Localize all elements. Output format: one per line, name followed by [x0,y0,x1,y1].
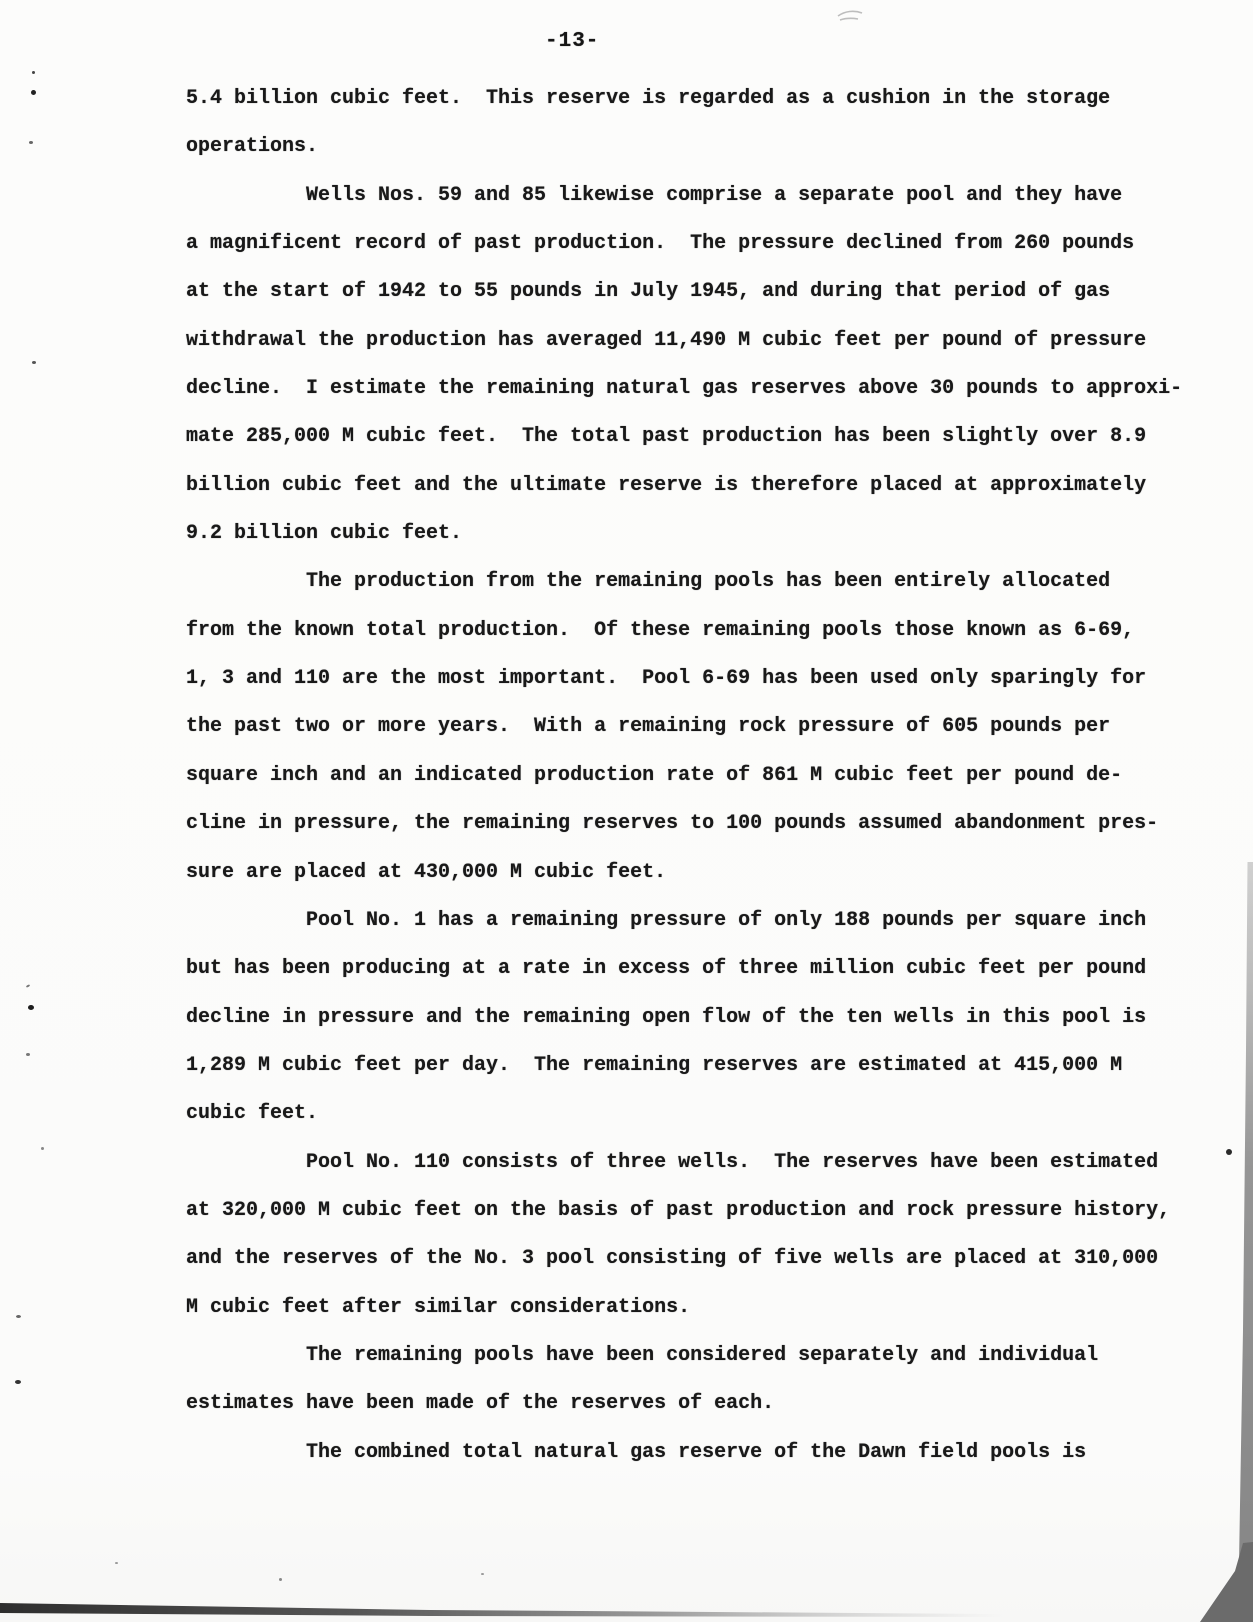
scan-speck [31,90,36,95]
scan-speck [26,984,30,988]
scan-speck [481,1573,484,1575]
bottom-edge-shadow [0,1603,1005,1617]
right-edge-shadow [1238,862,1253,1622]
text-line: decline. I estimate the remaining natura… [186,365,1182,413]
scan-speck [115,1562,118,1564]
text-line: at 320,000 M cubic feet on the basis of … [186,1187,1182,1235]
text-line: decline in pressure and the remaining op… [186,994,1182,1042]
text-line: 1,289 M cubic feet per day. The remainin… [186,1042,1182,1090]
text-line: The combined total natural gas reserve o… [186,1429,1182,1477]
text-line: a magnificent record of past production.… [186,220,1182,268]
scan-speck [28,1005,34,1010]
pencil-squiggle-mark [838,11,862,20]
text-line: Pool No. 110 consists of three wells. Th… [186,1139,1182,1187]
scan-speck [29,141,33,144]
text-line: square inch and an indicated production … [186,752,1182,800]
scan-speck [15,1380,21,1384]
text-line: the past two or more years. With a remai… [186,703,1182,751]
text-line: 1, 3 and 110 are the most important. Poo… [186,655,1182,703]
scan-speck [32,361,36,364]
scan-speck [32,71,35,74]
page-number: -13- [545,30,599,53]
scan-speck [26,1053,30,1056]
text-line: M cubic feet after similar consideration… [186,1284,1182,1332]
text-line: 9.2 billion cubic feet. [186,510,1182,558]
scan-speck [16,1315,21,1318]
scan-speck [1226,1149,1232,1155]
text-line: and the reserves of the No. 3 pool consi… [186,1235,1182,1283]
text-line: Wells Nos. 59 and 85 likewise comprise a… [186,172,1182,220]
text-line: cubic feet. [186,1090,1182,1138]
text-line: but has been producing at a rate in exce… [186,945,1182,993]
scanned-page: -13- 5.4 billion cubic feet. This reserv… [0,0,1253,1622]
text-line: 5.4 billion cubic feet. This reserve is … [186,75,1182,123]
text-line: The remaining pools have been considered… [186,1332,1182,1380]
text-line: at the start of 1942 to 55 pounds in Jul… [186,268,1182,316]
text-line: operations. [186,123,1182,171]
document-body: 5.4 billion cubic feet. This reserve is … [186,75,1182,1477]
text-line: estimates have been made of the reserves… [186,1380,1182,1428]
text-line: The production from the remaining pools … [186,558,1182,606]
corner-fold-shadow [1200,1542,1253,1622]
text-line: withdrawal the production has averaged 1… [186,317,1182,365]
text-line: Pool No. 1 has a remaining pressure of o… [186,897,1182,945]
scan-speck [41,1147,44,1150]
text-line: sure are placed at 430,000 M cubic feet. [186,849,1182,897]
text-line: mate 285,000 M cubic feet. The total pas… [186,413,1182,461]
text-line: cline in pressure, the remaining reserve… [186,800,1182,848]
text-line: billion cubic feet and the ultimate rese… [186,462,1182,510]
scan-speck [279,1578,282,1581]
text-line: from the known total production. Of thes… [186,607,1182,655]
